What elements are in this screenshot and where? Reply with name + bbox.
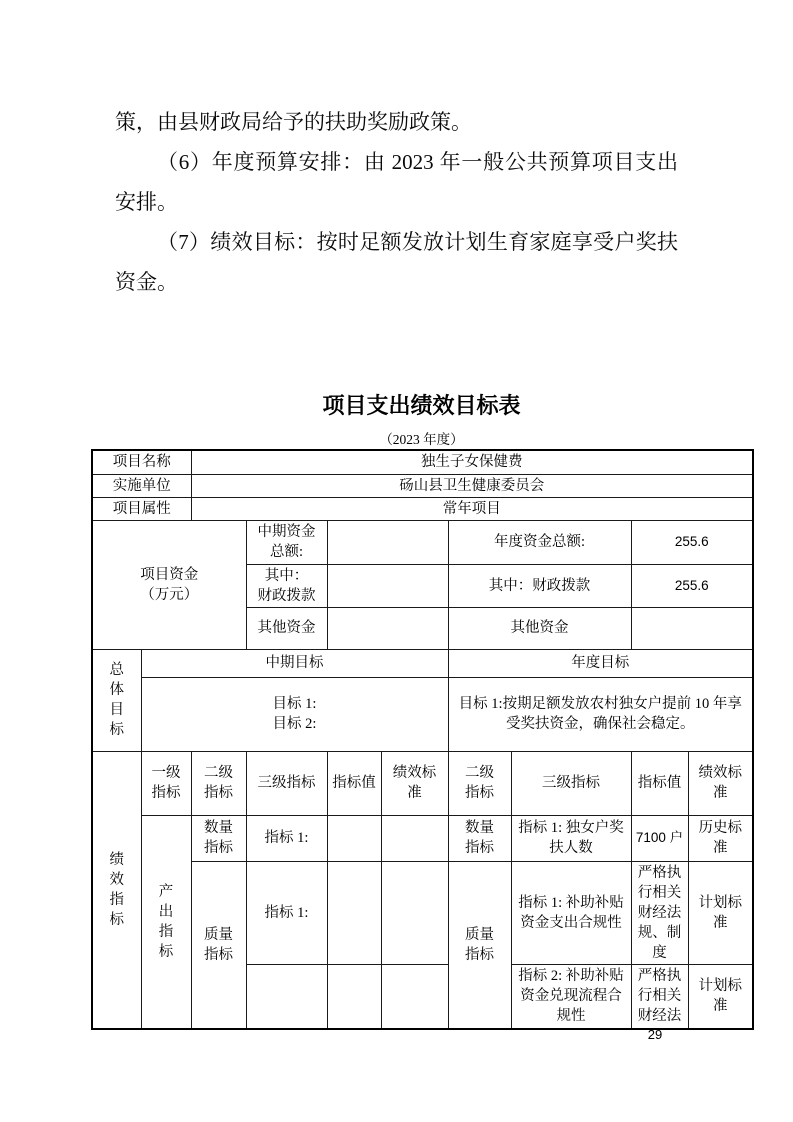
row-quantity-indicator: 产 出 指 标 数量 指标 指标 1: 数量 指标 指标 1: 独女户奖扶人数 …	[92, 815, 753, 861]
annual-goal-header-cell: 年度目标	[448, 649, 753, 677]
annual-fiscal-value-cell: 255.6	[631, 564, 753, 607]
header-right-standard-cell: 绩效标准	[688, 751, 753, 815]
header-left-value-cell: 指标值	[327, 751, 381, 815]
project-attribute-value-cell: 常年项目	[191, 497, 753, 520]
mid-goal-content-cell: 目标 1: 目标 2:	[141, 677, 448, 751]
quality1-left-indicator-cell: 指标 1:	[246, 861, 327, 964]
quantity-left-standard-cell	[381, 815, 448, 861]
header-left-standard-cell: 绩效标 准	[381, 751, 448, 815]
quality1-left-value-cell	[327, 861, 381, 964]
mid-fiscal-label-cell: 其中： 财政拨款	[246, 564, 327, 607]
table-title: 项目支出绩效目标表	[91, 389, 752, 420]
quantity-left-value-cell	[327, 815, 381, 861]
quantity-left-indicator-cell: 指标 1:	[246, 815, 327, 861]
quality1-right-standard-cell: 计划标准	[688, 861, 753, 964]
mid-goal-header-cell: 中期目标	[141, 649, 448, 677]
quality2-left-value-cell	[327, 964, 381, 1029]
paragraph-item-7: （7）绩效目标：按时足额发放计划生育家庭享受户奖扶资金。	[115, 222, 678, 302]
header-right-value-cell: 指标值	[631, 751, 688, 815]
quality1-left-standard-cell	[381, 861, 448, 964]
row-indicator-header: 绩 效 指 标 一级 指标 二级 指标 三级指标 指标值 绩效标 准 二级 指标…	[92, 751, 753, 815]
header-right-level3-cell: 三级指标	[511, 751, 631, 815]
quality2-left-indicator-cell	[246, 964, 327, 1029]
annual-total-value-cell: 255.6	[631, 520, 753, 564]
row-project-attribute: 项目属性 常年项目	[92, 497, 753, 520]
header-left-level3-cell: 三级指标	[246, 751, 327, 815]
annual-fiscal-label-cell: 其中：财政拨款	[448, 564, 631, 607]
annual-goal-content-cell: 目标 1:按期足额发放农村独女户提前 10 年享受奖扶资金，确保社会稳定。	[448, 677, 753, 751]
overall-goal-label-cell: 总 体 目 标	[92, 649, 141, 751]
mid-total-label-cell: 中期资金 总额:	[246, 520, 327, 564]
project-attribute-label-cell: 项目属性	[92, 497, 191, 520]
annual-other-value-cell	[631, 607, 753, 649]
page-number: 29	[630, 1027, 680, 1042]
document-page: 策，由县财政局给予的扶助奖励政策。 （6）年度预算安排：由 2023 年一般公共…	[0, 0, 793, 1122]
quality-right-category-cell: 质量 指标	[448, 861, 511, 1029]
project-name-value-cell: 独生子女保健费	[191, 450, 753, 474]
row-goal-header: 总 体 目 标 中期目标 年度目标	[92, 649, 753, 677]
output-indicator-label-cell: 产 出 指 标	[141, 815, 191, 1029]
quantity-left-category-cell: 数量 指标	[191, 815, 246, 861]
quality2-right-standard-cell: 计划标准	[688, 964, 753, 1029]
annual-other-label-cell: 其他资金	[448, 607, 631, 649]
paragraph-item-6: （6）年度预算安排：由 2023 年一般公共预算项目支出安排。	[115, 142, 678, 222]
header-right-level2-cell: 二级 指标	[448, 751, 511, 815]
row-project-name: 项目名称 独生子女保健费	[92, 450, 753, 474]
quantity-right-category-cell: 数量 指标	[448, 815, 511, 861]
quantity-right-indicator-cell: 指标 1: 独女户奖扶人数	[511, 815, 631, 861]
quality1-right-indicator-cell: 指标 1: 补助补贴资金支出合规性	[511, 861, 631, 964]
header-level1-cell: 一级 指标	[141, 751, 191, 815]
mid-other-value-cell	[327, 607, 448, 649]
row-goal-content: 目标 1: 目标 2: 目标 1:按期足额发放农村独女户提前 10 年享受奖扶资…	[92, 677, 753, 751]
perf-indicator-label-cell: 绩 效 指 标	[92, 751, 141, 1029]
row-funding-total: 项目资金 （万元） 中期资金 总额: 年度资金总额: 255.6	[92, 520, 753, 564]
paragraph-continuation: 策，由县财政局给予的扶助奖励政策。	[115, 102, 678, 142]
quantity-right-standard-cell: 历史标准	[688, 815, 753, 861]
funding-section-label-cell: 项目资金 （万元）	[92, 520, 246, 649]
mid-other-label-cell: 其他资金	[246, 607, 327, 649]
project-name-label-cell: 项目名称	[92, 450, 191, 474]
implement-unit-label-cell: 实施单位	[92, 474, 191, 497]
quantity-right-value-cell: 7100 户	[631, 815, 688, 861]
intro-text-block: 策，由县财政局给予的扶助奖励政策。 （6）年度预算安排：由 2023 年一般公共…	[115, 102, 678, 302]
annual-total-label-cell: 年度资金总额:	[448, 520, 631, 564]
mid-fiscal-value-cell	[327, 564, 448, 607]
performance-target-table: 项目名称 独生子女保健费 实施单位 砀山县卫生健康委员会 项目属性 常年项目 项…	[91, 449, 754, 1030]
quality2-right-indicator-cell: 指标 2: 补助补贴资金兑现流程合规性	[511, 964, 631, 1029]
quality-left-category-cell: 质量 指标	[191, 861, 246, 1029]
mid-total-value-cell	[327, 520, 448, 564]
header-left-level2-cell: 二级 指标	[191, 751, 246, 815]
table-subtitle: （2023 年度）	[91, 428, 752, 448]
quality2-right-value-cell: 严格执 行相关 财经法	[631, 964, 688, 1029]
quality2-left-standard-cell	[381, 964, 448, 1029]
row-quality-indicator-1: 质量 指标 指标 1: 质量 指标 指标 1: 补助补贴资金支出合规性 严格执 …	[92, 861, 753, 964]
implement-unit-value-cell: 砀山县卫生健康委员会	[191, 474, 753, 497]
quality1-right-value-cell: 严格执 行相关 财经法 规、制 度	[631, 861, 688, 964]
row-implement-unit: 实施单位 砀山县卫生健康委员会	[92, 474, 753, 497]
